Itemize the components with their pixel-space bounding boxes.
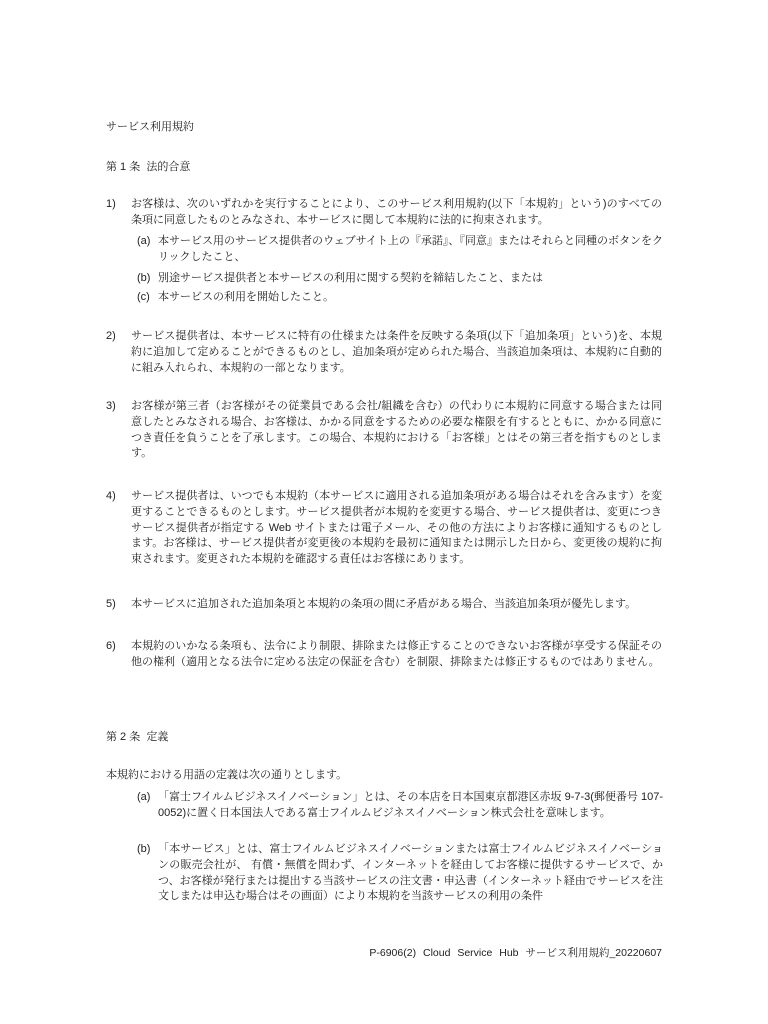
clause-4: 4) サービス提供者は、いつでも本規約（本サービスに適用される追加条項がある場合… (106, 489, 662, 568)
clause-6-marker: 6) (106, 639, 131, 655)
definition-b-marker: (b) (137, 842, 158, 858)
clause-2-text: サービス提供者は、本サービスに特有の仕様または条件を反映する条項(以下「追加条項… (131, 329, 662, 376)
article-1-heading: 第 1 条 法的合意 (106, 160, 662, 176)
definition-b-text: 「本サービス」とは、富士フイルムビジネスイノベーションまたは富士フイルムビジネス… (158, 842, 663, 905)
clause-3-marker: 3) (106, 399, 131, 415)
definition-a: (a) 「富士フイルムビジネスイノベーション」とは、その本店を日本国東京都港区赤… (137, 790, 663, 822)
clause-3-text: お客様が第三者（お客様がその従業員である会社/組織を含む）の代わりに本規約に同意… (131, 399, 662, 462)
clause-1a: (a) 本サービス用のサービス提供者のウェブサイト上の『承諾』、『同意』またはそ… (137, 234, 663, 266)
document-page: サービス利用規約 第 1 条 法的合意 1) お客様は、次のいずれかを実行するこ… (0, 0, 768, 1024)
clause-5-marker: 5) (106, 597, 131, 613)
clause-1c: (c) 本サービスの利用を開始したこと。 (137, 290, 663, 306)
clause-1b-text: 別途サービス提供者と本サービスの利用に関する契約を締結したこと、または (158, 271, 663, 287)
clause-1a-marker: (a) (137, 234, 158, 250)
clause-4-text: サービス提供者は、いつでも本規約（本サービスに適用される追加条項がある場合はそれ… (131, 489, 662, 568)
article-2-heading: 第 2 条 定義 (106, 730, 662, 746)
clause-2-marker: 2) (106, 329, 131, 345)
clause-1a-text: 本サービス用のサービス提供者のウェブサイト上の『承諾』、『同意』またはそれらと同… (158, 234, 663, 266)
clause-2: 2) サービス提供者は、本サービスに特有の仕様または条件を反映する条項(以下「追… (106, 329, 662, 376)
document-title: サービス利用規約 (106, 120, 662, 136)
clause-5-text: 本サービスに追加された追加条項と本規約の条項の間に矛盾がある場合、当該追加条項が… (131, 597, 662, 613)
document-footer: P-6906(2) Cloud Service Hub サービス利用規約_202… (106, 946, 662, 962)
clause-1c-marker: (c) (137, 290, 158, 306)
clause-1b: (b) 別途サービス提供者と本サービスの利用に関する契約を締結したこと、または (137, 271, 663, 287)
clause-1-marker: 1) (106, 197, 131, 213)
clause-1b-marker: (b) (137, 271, 158, 287)
clause-1-text: お客様は、次のいずれかを実行することにより、このサービス利用規約(以下「本規約」… (131, 197, 662, 229)
clause-1: 1) お客様は、次のいずれかを実行することにより、このサービス利用規約(以下「本… (106, 197, 662, 229)
clause-1c-text: 本サービスの利用を開始したこと。 (158, 290, 663, 306)
clause-6-text: 本規約のいかなる条項も、法令により制限、排除または修正することのできないお客様が… (131, 639, 662, 671)
article-2-intro: 本規約における用語の定義は次の通りとします。 (106, 768, 662, 784)
clause-6: 6) 本規約のいかなる条項も、法令により制限、排除または修正することのできないお… (106, 639, 662, 671)
clause-4-marker: 4) (106, 489, 131, 505)
definition-a-marker: (a) (137, 790, 158, 806)
clause-3: 3) お客様が第三者（お客様がその従業員である会社/組織を含む）の代わりに本規約… (106, 399, 662, 462)
definition-b: (b) 「本サービス」とは、富士フイルムビジネスイノベーションまたは富士フイルム… (137, 842, 663, 905)
definition-a-text: 「富士フイルムビジネスイノベーション」とは、その本店を日本国東京都港区赤坂 9-… (158, 790, 663, 822)
clause-5: 5) 本サービスに追加された追加条項と本規約の条項の間に矛盾がある場合、当該追加… (106, 597, 662, 613)
